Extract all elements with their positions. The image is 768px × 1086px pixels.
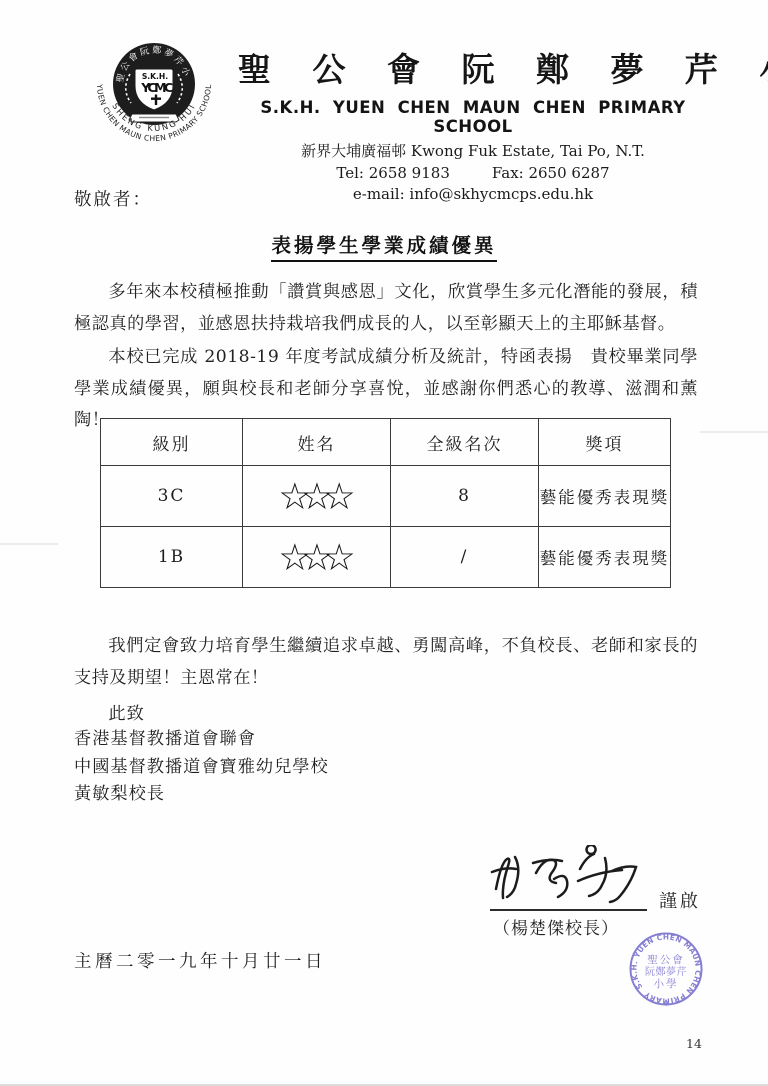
recipient-line: 香港基督教播道會聯會 (74, 726, 329, 754)
recipient-line: 黃敏梨校長 (74, 781, 329, 809)
cell-class: 1B (101, 527, 243, 588)
handwritten-signature (484, 845, 656, 911)
signature-caption: （楊楚傑校長） (493, 914, 619, 939)
table-row: 3C ☆☆☆ 8 藝能優秀表現獎 (101, 466, 671, 527)
crest-monogram: YCMC (140, 80, 173, 95)
signature-line (490, 909, 647, 911)
cell-name-redacted: ☆☆☆ (243, 527, 391, 588)
award-table: 級別 姓名 全級名次 獎項 3C ☆☆☆ 8 藝能優秀表現獎 1B ☆☆☆ / … (100, 418, 671, 588)
recipient-list: 香港基督教播道會聯會 中國基督教播道會寶雅幼兒學校 黃敏梨校長 (74, 726, 329, 809)
cell-rank: / (391, 527, 539, 588)
stamp-center-line1: 聖公會 (647, 953, 685, 966)
cell-rank: 8 (391, 466, 539, 527)
table-row: 1B ☆☆☆ / 藝能優秀表現獎 (101, 527, 671, 588)
letterhead: 聖 公 會 阮 鄭 夢 芹 小 學 S.K.H. YUEN CHEN MAUN … (238, 44, 708, 203)
school-tel-fax: Tel: 2658 9183Fax: 2650 6287 (238, 164, 708, 182)
stamp-center-line3: 小學 (654, 977, 679, 990)
school-address: 新界大埔廣福邨 Kwong Fuk Estate, Tai Po, N.T. (238, 140, 708, 161)
scan-artifact (0, 543, 58, 545)
stamp-center-line2: 阮鄭夢芹 (645, 965, 687, 978)
recipient-line: 中國基督教播道會寶雅幼兒學校 (74, 754, 329, 782)
school-stamp: S.K.H. YUEN CHEN MAUN CHEN PRIMARY SCHOO… (623, 926, 709, 1012)
letter-page: 聖公會阮鄭夢芹小學 S.K.H. YCMC SHENG KUNG HUI YUE… (0, 0, 768, 1086)
closing-cizhi: 此致 (74, 699, 145, 724)
paragraph-1: 多年來本校積極推動「讚賞與感恩」文化，欣賞學生多元化潛能的發展，積極認真的學習，… (74, 277, 698, 340)
scan-artifact (700, 431, 768, 433)
school-email: e-mail: info@skhycmcps.edu.hk (238, 185, 708, 203)
cell-class: 3C (101, 466, 243, 527)
letter-title: 表揚學生學業成績優異 (271, 230, 496, 262)
cell-name-redacted: ☆☆☆ (243, 466, 391, 527)
table-header-row: 級別 姓名 全級名次 獎項 (101, 419, 671, 466)
header-name: 姓名 (243, 419, 391, 466)
header-award: 獎項 (539, 419, 671, 466)
school-fax: Fax: 2650 6287 (492, 164, 610, 182)
header-class: 級別 (101, 419, 243, 466)
school-tel: Tel: 2658 9183 (336, 164, 449, 182)
page-number: 14 (686, 1036, 702, 1051)
letter-date: 主曆二零一九年十月廿一日 (74, 948, 326, 973)
school-crest-logo: 聖公會阮鄭夢芹小學 S.K.H. YCMC SHENG KUNG HUI YUE… (82, 34, 230, 162)
respectfully-label: 謹啟 (659, 887, 701, 913)
salutation: 敬啟者： (74, 186, 152, 211)
paragraph-3: 我們定會致力培育學生繼續追求卓越、勇闖高峰，不負校長、老師和家長的支持及期望！主… (74, 631, 698, 694)
letter-title-wrap: 表揚學生學業成績優異 (0, 230, 768, 262)
stamp-asterisk-icon: ✳ (662, 1000, 670, 1010)
header-rank: 全級名次 (391, 419, 539, 466)
star-redaction-icon: ☆☆☆ (278, 478, 345, 515)
cell-award: 藝能優秀表現獎 (539, 527, 671, 588)
school-name-chinese: 聖 公 會 阮 鄭 夢 芹 小 學 (238, 44, 708, 91)
cell-award: 藝能優秀表現獎 (539, 466, 671, 527)
star-redaction-icon: ☆☆☆ (278, 539, 345, 576)
school-name-english: S.K.H. YUEN CHEN MAUN CHEN PRIMARY SCHOO… (238, 98, 708, 136)
